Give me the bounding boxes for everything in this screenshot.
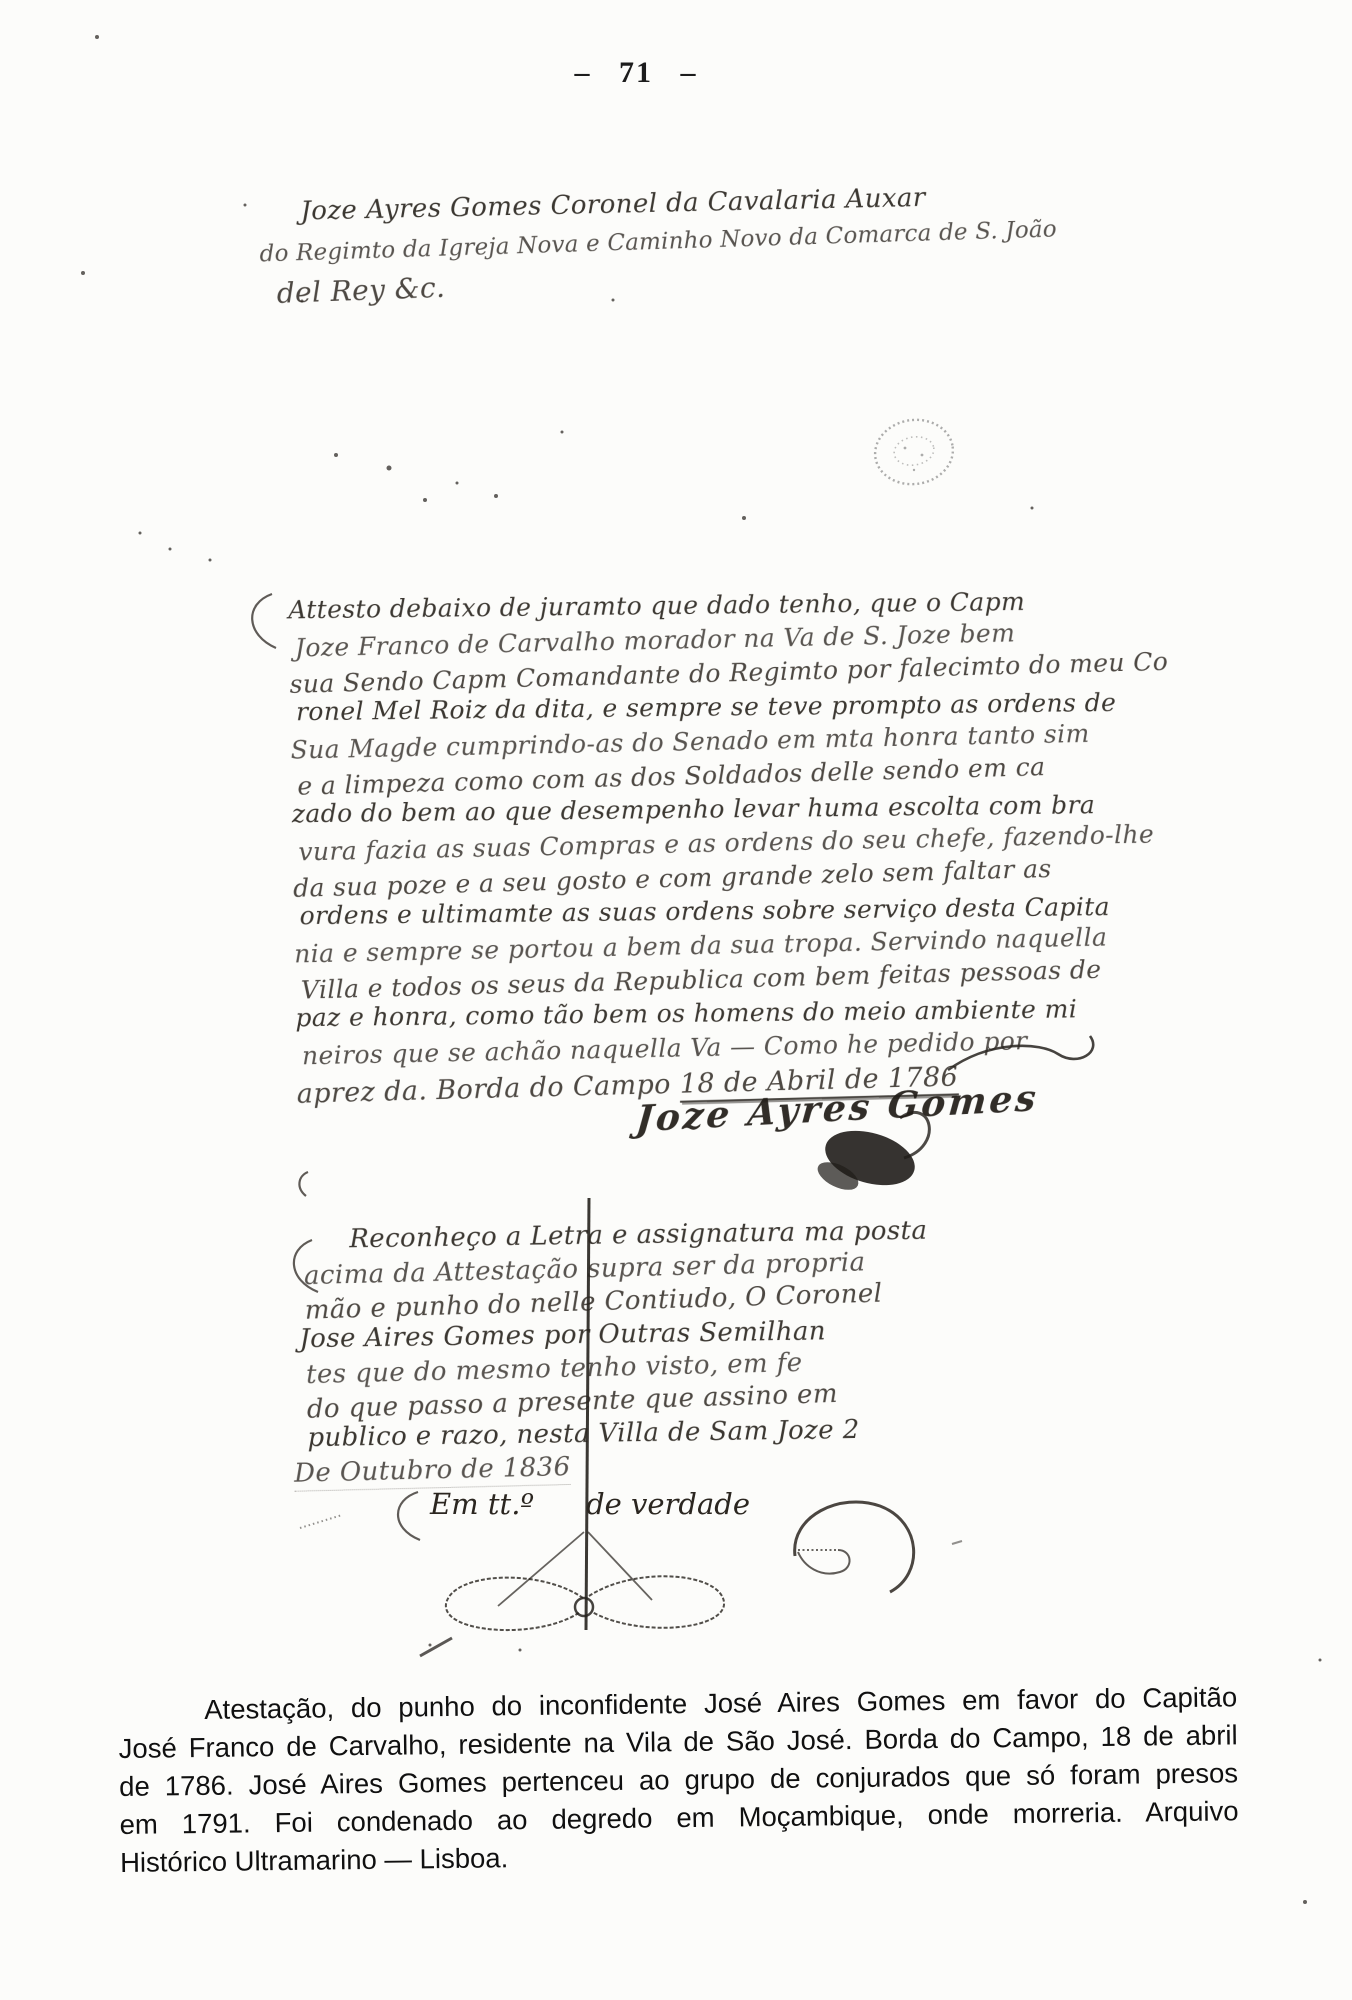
scanned-page: – 71 – bbox=[0, 0, 1352, 2000]
manuscript-body: Attesto debaixo de juramto que dado tenh… bbox=[288, 581, 1176, 1108]
testimony-line: Em tt.ºde verdade bbox=[430, 1487, 750, 1521]
oval-stamp-icon bbox=[871, 415, 957, 489]
testimony-right: de verdade bbox=[586, 1487, 750, 1521]
printed-caption: Atestação, do punho do inconfidente José… bbox=[118, 1678, 1239, 1882]
curl-flourish bbox=[795, 1502, 914, 1592]
testimony-left: Em tt.º bbox=[430, 1487, 534, 1521]
manuscript-heading: Joze Ayres Gomes Coronel da Cavalaria Au… bbox=[258, 174, 1058, 310]
page-number: – 71 – bbox=[0, 56, 1312, 90]
date-prefix: aprez da. Borda do Campo bbox=[296, 1069, 680, 1110]
recognition-line: De Outubro de 1836 bbox=[294, 1451, 571, 1492]
manuscript-recognition: Reconheço a Letra e assignatura ma posta… bbox=[303, 1213, 932, 1491]
